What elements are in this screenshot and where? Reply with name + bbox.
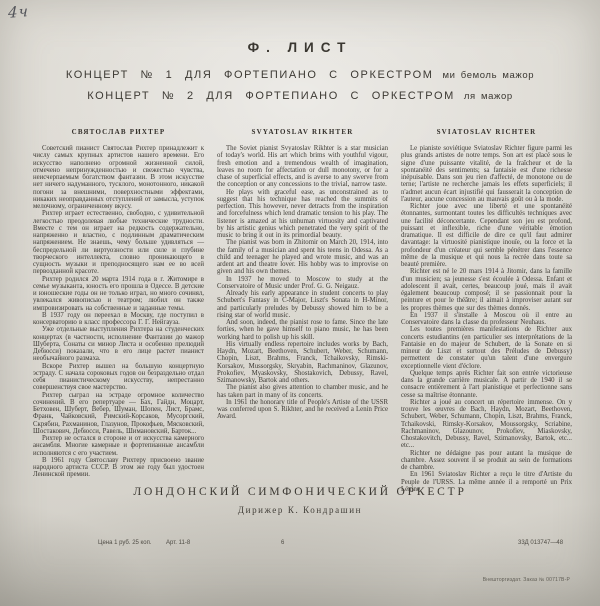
- liner-notes-paragraph: He plays with graceful ease, as unconstr…: [217, 189, 388, 240]
- work-2-name: КОНЦЕРТ № 2 ДЛЯ ФОРТЕПИАНО С ОРКЕСТРОМ: [87, 90, 455, 102]
- column-heading-english: SVYATOSLAV RIKHTER: [217, 128, 388, 136]
- work-2-key: ля мажор: [464, 91, 513, 102]
- liner-notes-paragraph: Вскоре Рихтер вышел на большую концертну…: [33, 363, 204, 392]
- liner-notes-paragraph: Richter a joué au concert un répertoire …: [401, 399, 572, 450]
- work-1-key: ми бемоль мажор: [443, 70, 535, 81]
- liner-notes-paragraph: En 1937 il s'installe à Moscou où il ent…: [401, 312, 572, 327]
- liner-notes-paragraph: Richter ne dédaigne pas pour autant la m…: [401, 450, 572, 472]
- liner-notes-paragraph: His virtually endless repertoire include…: [217, 341, 388, 385]
- side-number: 6: [281, 540, 284, 546]
- liner-notes-column-french: SVIATOSLAV RICHTER Le pianiste soviétiqu…: [401, 128, 572, 493]
- publisher-imprint: Внешторгиздат. Заказ № 00717В-Р: [483, 577, 570, 583]
- column-paragraphs-french: Le pianiste soviétique Sviatoslav Richte…: [401, 145, 572, 493]
- conductor-name: Дирижер К. Кондрашин: [0, 505, 600, 515]
- liner-notes-paragraph: In 1961 the honorary title of People's A…: [217, 399, 388, 421]
- liner-notes-paragraph: In 1937 he moved to Moscow to study at t…: [217, 276, 388, 291]
- liner-notes-paragraph: Quelque temps après Richter fait son ent…: [401, 370, 572, 399]
- imprint-row: Цена 1 руб. 25 коп. Арт. 11-8 6 33Д 0137…: [0, 540, 600, 552]
- liner-notes-paragraph: Le pianiste soviétique Sviatoslav Richte…: [401, 145, 572, 203]
- price-label: Цена 1 руб. 25 коп.: [98, 540, 152, 546]
- liner-notes-paragraph: Richter joue avec une liberté et une spo…: [401, 203, 572, 268]
- article-number: Арт. 11-8: [166, 540, 190, 546]
- liner-notes-paragraph: Рихтер родился 20 марта 1914 года в г. Ж…: [33, 276, 204, 312]
- liner-notes-paragraph: The pianist also gives attention to cham…: [217, 384, 388, 399]
- liner-notes-paragraph: Рихтер сыграл на эстраде огромное количе…: [33, 392, 204, 436]
- column-heading-french: SVIATOSLAV RICHTER: [401, 128, 572, 136]
- liner-notes-paragraph: And soon, indeed, the pianist rose to fa…: [217, 319, 388, 341]
- column-paragraphs-english: The Soviet pianist Svyatoslav Rikhter is…: [217, 145, 388, 421]
- liner-notes-paragraph: The pianist was born in Zhitomir on Marc…: [217, 239, 388, 275]
- work-1-name: КОНЦЕРТ № 1 ДЛЯ ФОРТЕПИАНО С ОРКЕСТРОМ: [66, 69, 434, 81]
- liner-notes-paragraph: В 1961 году Святославу Рихтеру присвоено…: [33, 457, 204, 479]
- orchestra-name: ЛОНДОНСКИЙ СИМФОНИЧЕСКИЙ ОРКЕСТР: [0, 486, 600, 498]
- liner-notes-paragraph: The Soviet pianist Svyatoslav Rikhter is…: [217, 145, 388, 189]
- record-sleeve-back: 4ч Ф. ЛИСТ КОНЦЕРТ № 1 ДЛЯ ФОРТЕПИАНО С …: [0, 0, 600, 606]
- work-title-1: КОНЦЕРТ № 1 ДЛЯ ФОРТЕПИАНО С ОРКЕСТРОМми…: [0, 65, 600, 83]
- liner-notes-paragraph: Les toutes premières manifestations de R…: [401, 326, 572, 370]
- catalog-number: 33Д 013747—48: [518, 540, 563, 546]
- liner-notes-paragraph: Уже отдельные выступления Рихтера на сту…: [33, 326, 204, 362]
- column-heading-russian: СВЯТОСЛАВ РИХТЕР: [33, 128, 204, 136]
- liner-notes-paragraph: В 1937 году он переехал в Москву, где по…: [33, 312, 204, 327]
- liner-notes-column-english: SVYATOSLAV RIKHTER The Soviet pianist Sv…: [217, 128, 388, 493]
- column-paragraphs-russian: Советский пианист Святослав Рихтер прина…: [33, 145, 204, 479]
- liner-notes-paragraph: Richter est né le 20 mars 1914 à Jitomir…: [401, 268, 572, 312]
- handwritten-mark: 4ч: [8, 2, 29, 22]
- liner-notes-paragraph: Советский пианист Святослав Рихтер прина…: [33, 145, 204, 210]
- liner-notes-paragraph: Рихтер играет естественно, свободно, с у…: [33, 210, 204, 275]
- work-title-2: КОНЦЕРТ № 2 ДЛЯ ФОРТЕПИАНО С ОРКЕСТРОМля…: [0, 86, 600, 104]
- liner-notes-paragraph: Рихтер не остался в стороне и от искусст…: [33, 435, 204, 457]
- liner-notes-column-russian: СВЯТОСЛАВ РИХТЕР Советский пианист Свято…: [33, 128, 204, 493]
- composer-title: Ф. ЛИСТ: [0, 40, 600, 55]
- liner-notes: СВЯТОСЛАВ РИХТЕР Советский пианист Свято…: [33, 128, 572, 493]
- liner-notes-paragraph: Already his early appearance in student …: [217, 290, 388, 319]
